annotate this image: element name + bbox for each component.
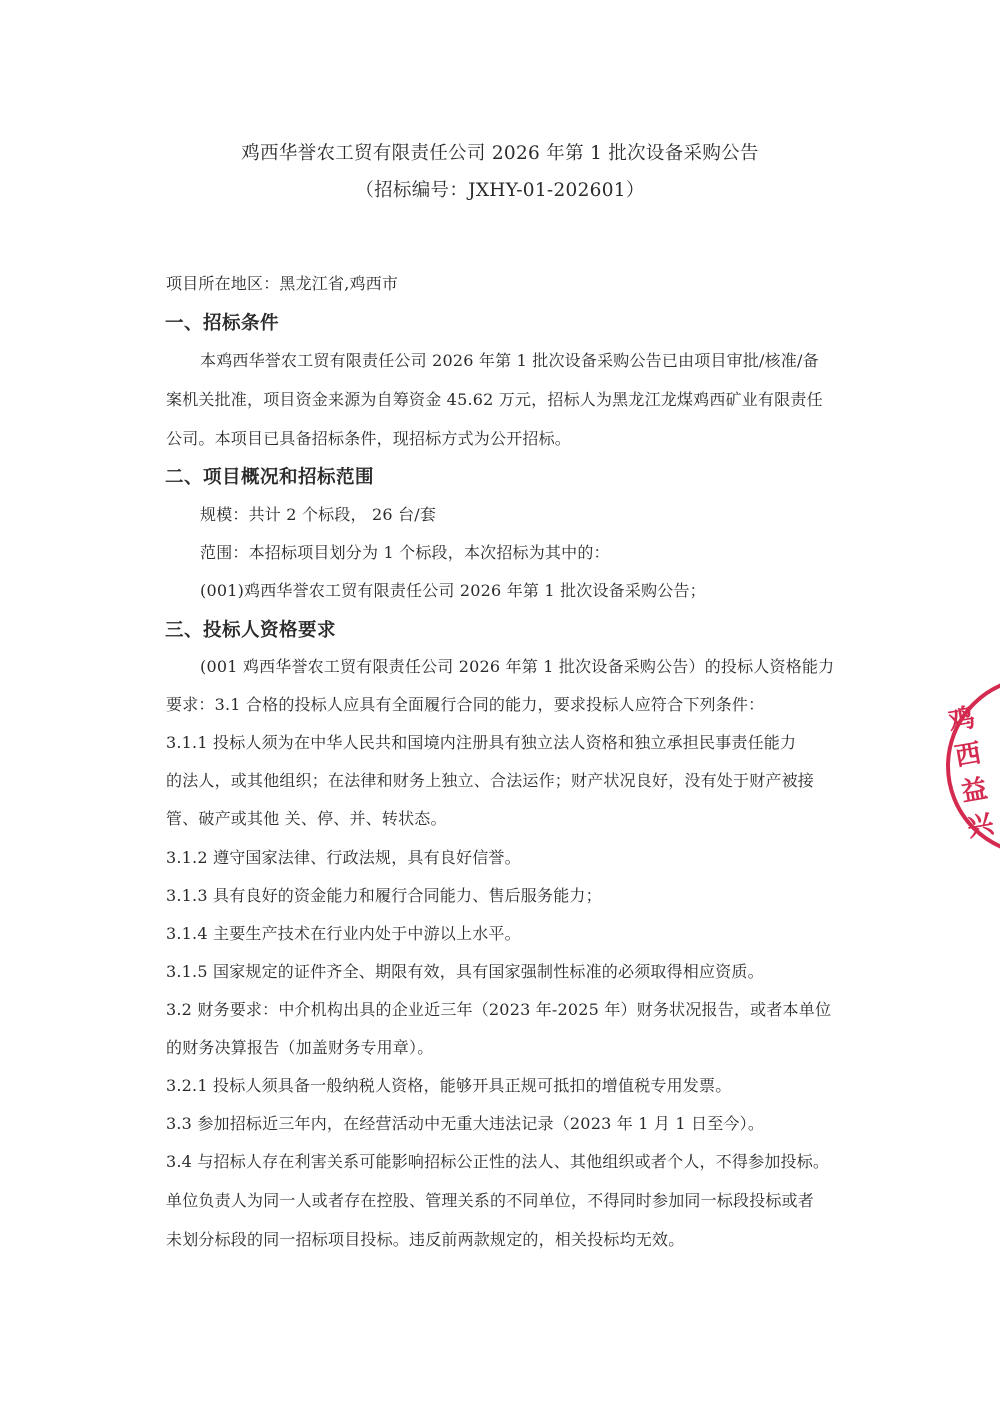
paragraph-line: 公司。本项目已具备招标条件，现招标方式为公开招标。 [166,426,866,449]
paragraph-line: 3.1.5 国家规定的证件齐全、期限有效，具有国家强制性标准的必须取得相应资质。 [166,959,866,982]
paragraph-line: 本鸡西华誉农工贸有限责任公司 2026 年第 1 批次设备采购公告已由项目审批/… [200,348,900,371]
paragraph-line: 3.1.3 具有良好的资金能力和履行合同能力、售后服务能力； [166,883,866,906]
paragraph-line: 3.1.2 遵守国家法律、行政法规，具有良好信誉。 [166,845,866,868]
project-region: 项目所在地区：黑龙江省,鸡西市 [166,271,866,294]
document-page: 鸡西华誉农工贸有限责任公司 2026 年第 1 批次设备采购公告 （招标编号：J… [0,0,1000,1426]
section-heading-1: 一、招标条件 [165,309,279,335]
paragraph-line: 范围：本招标项目划分为 1 个标段，本次招标为其中的： [200,540,900,563]
paragraph-line: 3.4 与招标人存在利害关系可能影响招标公正性的法人、其他组织或者个人，不得参加… [166,1149,866,1172]
paragraph-line: (001 鸡西华誉农工贸有限责任公司 2026 年第 1 批次设备采购公告）的投… [200,654,900,677]
tender-number: （招标编号：JXHY-01-202601） [0,176,1000,202]
paragraph-line: 未划分标段的同一招标项目投标。违反前两款规定的，相关投标均无效。 [166,1227,866,1250]
paragraph-line: 单位负责人为同一人或者存在控股、管理关系的不同单位，不得同时参加同一标段投标或者 [166,1188,866,1211]
paragraph-line: 的法人，或其他组织；在法律和财务上独立、合法运作；财产状况良好，没有处于财产被接 [166,768,866,791]
paragraph-line: (001)鸡西华誉农工贸有限责任公司 2026 年第 1 批次设备采购公告； [200,578,900,601]
paragraph-line: 规模：共计 2 个标段， 26 台/套 [200,502,900,525]
section-heading-2: 二、项目概况和招标范围 [165,463,374,489]
paragraph-line: 的财务决算报告（加盖财务专用章）。 [166,1035,866,1058]
paragraph-line: 案机关批准，项目资金来源为自筹资金 45.62 万元，招标人为黑龙江龙煤鸡西矿业… [166,387,866,410]
paragraph-line: 3.1.4 主要生产技术在行业内处于中游以上水平。 [166,921,866,944]
paragraph-line: 3.2 财务要求：中介机构出具的企业近三年（2023 年-2025 年）财务状况… [166,997,866,1020]
paragraph-line: 3.3 参加招标近三年内，在经营活动中无重大违法记录（2023 年 1 月 1 … [166,1111,866,1134]
paragraph-line: 要求：3.1 合格的投标人应具有全面履行合同的能力，要求投标人应符合下列条件： [166,692,866,715]
section-heading-3: 三、投标人资格要求 [165,616,336,642]
paragraph-line: 3.1.1 投标人须为在中华人民共和国境内注册具有独立法人资格和独立承担民事责任… [166,730,866,753]
paragraph-line: 管、破产或其他 关、停、并、转状态。 [166,806,866,829]
document-title: 鸡西华誉农工贸有限责任公司 2026 年第 1 批次设备采购公告 [0,139,1000,165]
paragraph-line: 3.2.1 投标人须具备一般纳税人资格，能够开具正规可抵扣的增值税专用发票。 [166,1073,866,1096]
